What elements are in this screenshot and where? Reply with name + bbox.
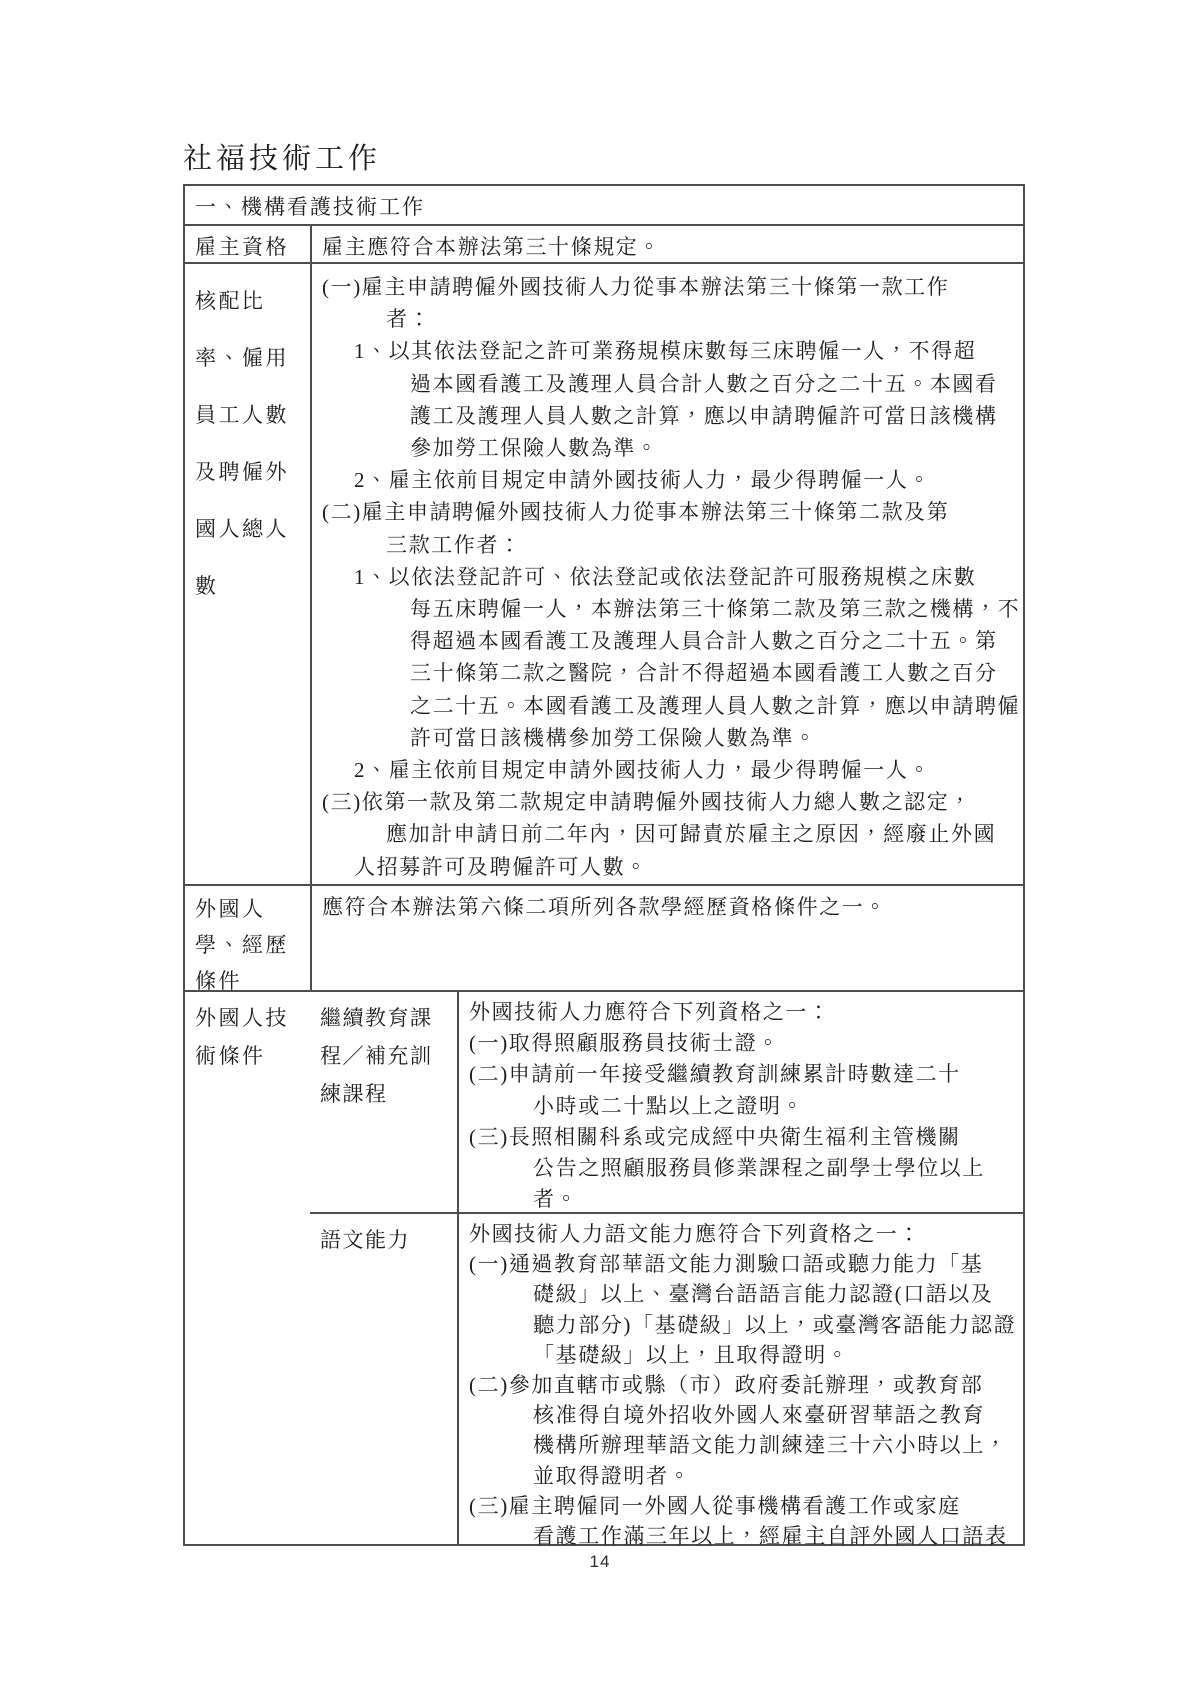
text-line: 練課程 <box>320 1075 453 1113</box>
text-line: 員工人數 <box>195 387 306 444</box>
text-line: 並取得證明者。 <box>533 1461 1019 1491</box>
table-row-tech: 外國人技術條件 繼續教育課程／補充訓練課程 外國技術人力應符合下列資格之一：(一… <box>185 990 1023 1544</box>
page-number: 14 <box>0 1552 1200 1572</box>
text-line: 機構所辦理華語文能力訓練達三十六小時以上， <box>533 1430 1019 1460</box>
table-header-cell: 一、機構看護技術工作 <box>185 186 1023 224</box>
row-label-tech: 外國人技術條件 <box>185 992 310 1544</box>
text-line: 核配比 <box>195 273 306 330</box>
text-line: 過本國看護工及護理人員合計人數之百分之二十五。本國看 <box>410 368 1019 400</box>
text-line: 核准得自境外招收外國人來臺研習華語之教育 <box>533 1400 1019 1430</box>
subrow-label-education: 繼續教育課程／補充訓練課程 <box>310 992 457 1212</box>
text-line: 參加勞工保險人數為準。 <box>410 432 1019 464</box>
text-line: 外國人 <box>195 891 306 927</box>
table-row-qualification: 外國人學、經歷條件 應符合本辦法第六條二項所列各款學經歷資格條件之一。 <box>185 884 1023 990</box>
subrow-content-education: 外國技術人力應符合下列資格之一：(一)取得照顧服務員技術士證。(二)申請前一年接… <box>457 992 1023 1212</box>
text-line: 看護工作滿三年以上，經雇主自評外國人口語表 <box>533 1521 1019 1546</box>
text-line: 者。 <box>533 1184 1019 1212</box>
text-line: 應符合本辦法第六條二項所列各款學經歷資格條件之一。 <box>322 891 1019 921</box>
text-line: (二)雇主申請聘僱外國技術人力從事本辦法第三十條第二款及第 <box>322 496 1019 528</box>
text-line: 許可當日該機構參加勞工保險人數為準。 <box>410 722 1019 754</box>
text-line: (二)申請前一年接受繼續教育訓練累計時數達二十 <box>469 1059 1019 1090</box>
text-line: (三)長照相關科系或完成經中央衛生福利主管機關 <box>469 1122 1019 1153</box>
text-line: (一)取得照顧服務員技術士證。 <box>469 1028 1019 1059</box>
table-header-row: 一、機構看護技術工作 <box>185 186 1023 224</box>
subrow-language: 語文能力 外國技術人力語文能力應符合下列資格之一：(一)通過教育部華語文能力測驗… <box>310 1212 1023 1546</box>
text-line: 率、僱用 <box>195 330 306 387</box>
row-label-employer: 雇主資格 <box>185 226 310 262</box>
subrow-education: 繼續教育課程／補充訓練課程 外國技術人力應符合下列資格之一：(一)取得照顧服務員… <box>310 992 1023 1212</box>
row-label-ratio: 核配比率、僱用員工人數及聘僱外國人總人數 <box>185 264 310 884</box>
table-row-employer: 雇主資格 雇主應符合本辦法第三十條規定。 <box>185 224 1023 262</box>
text-line: 護工及護理人員人數之計算，應以申請聘僱許可當日該機構 <box>410 400 1019 432</box>
text-line: 語文能力 <box>320 1221 453 1259</box>
text-line: 1、以依法登記許可、依法登記或依法登記許可服務規模之床數 <box>354 561 1019 593</box>
text-line: 礎級」以上、臺灣台語語言能力認證(口語以及 <box>533 1279 1019 1309</box>
text-line: 術條件 <box>195 1037 306 1075</box>
text-line: 公告之照顧服務員修業課程之副學士學位以上 <box>533 1153 1019 1184</box>
text-line: 每五床聘僱一人，本辦法第三十條第二款及第三款之機構，不 <box>410 593 1019 625</box>
text-line: 條件 <box>195 963 306 990</box>
text-line: (一)通過教育部華語文能力測驗口語或聽力能力「基 <box>469 1249 1019 1279</box>
text-line: 程／補充訓 <box>320 1037 453 1075</box>
text-line: 1、以其依法登記之許可業務規模床數每三床聘僱一人，不得超 <box>354 335 1019 367</box>
subrow-content-language: 外國技術人力語文能力應符合下列資格之一：(一)通過教育部華語文能力測驗口語或聽力… <box>457 1214 1023 1546</box>
tech-subrows: 繼續教育課程／補充訓練課程 外國技術人力應符合下列資格之一：(一)取得照顧服務員… <box>310 992 1023 1544</box>
text-line: 應加計申請日前二年內，因可歸責於雇主之原因，經廢止外國 <box>386 818 1019 850</box>
regulation-table: 一、機構看護技術工作 雇主資格 雇主應符合本辦法第三十條規定。 核配比率、僱用員… <box>183 184 1025 1546</box>
text-line: (二)參加直轄市或縣（市）政府委託辦理，或教育部 <box>469 1370 1019 1400</box>
table-row-ratio: 核配比率、僱用員工人數及聘僱外國人總人數 (一)雇主申請聘僱外國技術人力從事本辦… <box>185 262 1023 884</box>
text-line: 小時或二十點以上之證明。 <box>533 1091 1019 1122</box>
text-line: 人招募許可及聘僱許可人數。 <box>354 851 1019 883</box>
row-label-qualification: 外國人學、經歷條件 <box>185 886 310 990</box>
text-line: 及聘僱外 <box>195 444 306 501</box>
text-line: 外國技術人力語文能力應符合下列資格之一： <box>469 1219 1019 1249</box>
text-line: 之二十五。本國看護工及護理人員人數之計算，應以申請聘僱 <box>410 690 1019 722</box>
text-line: 繼續教育課 <box>320 999 453 1037</box>
text-line: 者： <box>386 303 1019 335</box>
text-line: 學、經歷 <box>195 927 306 963</box>
text-line: 數 <box>195 558 306 615</box>
page-title: 社福技術工作 <box>183 136 381 177</box>
text-line: 外國技術人力應符合下列資格之一： <box>469 997 1019 1028</box>
text-line: 三十條第二款之醫院，合計不得超過本國看護工人數之百分 <box>410 657 1019 689</box>
document-page: 社福技術工作 一、機構看護技術工作 雇主資格 雇主應符合本辦法第三十條規定。 核… <box>0 0 1200 1697</box>
row-content-ratio: (一)雇主申請聘僱外國技術人力從事本辦法第三十條第一款工作者：1、以其依法登記之… <box>310 264 1023 884</box>
text-line: 外國人技 <box>195 999 306 1037</box>
text-line: 雇主應符合本辦法第三十條規定。 <box>322 231 1019 261</box>
row-content-qualification: 應符合本辦法第六條二項所列各款學經歷資格條件之一。 <box>310 886 1023 990</box>
text-line: (三)雇主聘僱同一外國人從事機構看護工作或家庭 <box>469 1491 1019 1521</box>
text-line: (三)依第一款及第二款規定申請聘僱外國技術人力總人數之認定， <box>322 786 1019 818</box>
text-line: 聽力部分)「基礎級」以上，或臺灣客語能力認證 <box>533 1310 1019 1340</box>
text-line: 國人總人 <box>195 501 306 558</box>
text-line: 2、雇主依前目規定申請外國技術人力，最少得聘僱一人。 <box>354 464 1019 496</box>
text-line: 「基礎級」以上，且取得證明。 <box>533 1340 1019 1370</box>
subrow-label-language: 語文能力 <box>310 1214 457 1546</box>
row-content-employer: 雇主應符合本辦法第三十條規定。 <box>310 226 1023 262</box>
text-line: 2、雇主依前目規定申請外國技術人力，最少得聘僱一人。 <box>354 754 1019 786</box>
text-line: (一)雇主申請聘僱外國技術人力從事本辦法第三十條第一款工作 <box>322 271 1019 303</box>
text-line: 三款工作者： <box>386 529 1019 561</box>
text-line: 得超過本國看護工及護理人員合計人數之百分之二十五。第 <box>410 625 1019 657</box>
